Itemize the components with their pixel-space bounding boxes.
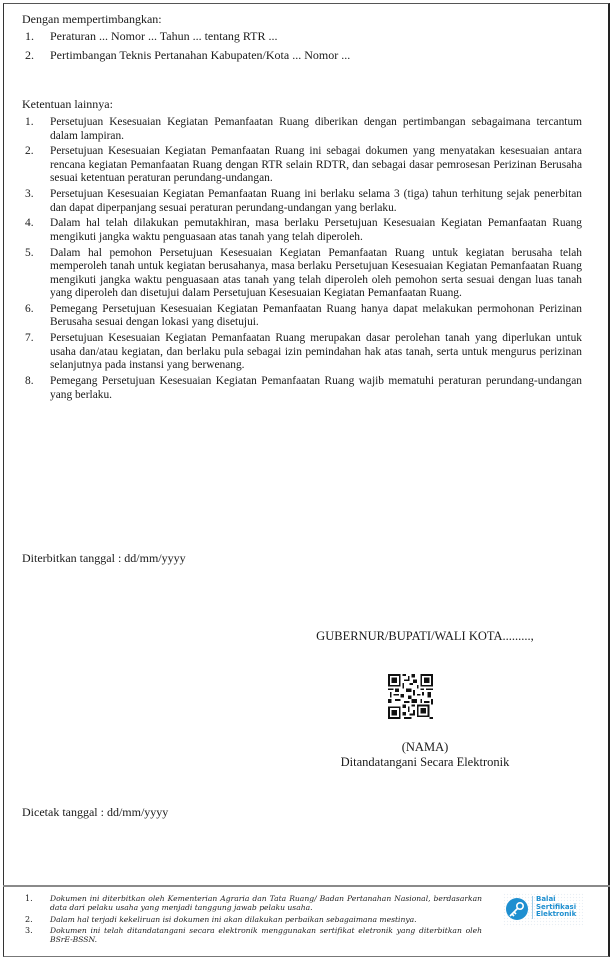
list-item: 5.Dalam hal pemohon Persetujuan Kesesuai… — [22, 247, 582, 301]
footnote-item: 3.Dokumen ini telah ditandatangani secar… — [22, 926, 482, 944]
list-item: 2.Pertimbangan Teknis Pertanahan Kabupat… — [22, 47, 582, 64]
considerations-heading: Dengan mempertimbangkan: — [22, 12, 162, 27]
footnote-item: 2.Dalam hal terjadi kekeliruan isi dokum… — [22, 915, 482, 924]
bsre-key-icon — [505, 897, 529, 921]
provisions-heading: Ketentuan lainnya: — [22, 97, 113, 112]
list-item: 8.Pemegang Persetujuan Kesesuaian Kegiat… — [22, 375, 582, 402]
list-item: 7.Persetujuan Kesesuaian Kegiatan Pemanf… — [22, 332, 582, 373]
list-item: 1.Peraturan ... Nomor ... Tahun ... tent… — [22, 28, 582, 45]
considerations-list: 1.Peraturan ... Nomor ... Tahun ... tent… — [22, 28, 582, 67]
list-item: 2.Persetujuan Kesesuaian Kegiatan Pemanf… — [22, 145, 582, 186]
footnote-item: 1.Dokumen ini diterbitkan oleh Kementeri… — [22, 894, 482, 912]
bsre-logo-text: Balai Sertifikasi Elektronik — [532, 896, 576, 919]
signed-electronically-note: Ditandatangani Secara Elektronik — [280, 755, 570, 770]
issued-date: Diterbitkan tanggal : dd/mm/yyyy — [22, 551, 186, 566]
bsre-logo: Balai Sertifikasi Elektronik — [503, 893, 583, 927]
list-item: 4.Dalam hal telah dilakukan pemutakhiran… — [22, 217, 582, 244]
signatory-name: (NAMA) — [280, 740, 570, 755]
footer-divider — [3, 885, 610, 887]
printed-date: Dicetak tanggal : dd/mm/yyyy — [22, 805, 168, 820]
provisions-list: 1.Persetujuan Kesesuaian Kegiatan Pemanf… — [22, 116, 582, 404]
qr-code-icon — [388, 674, 433, 719]
signatory-office: GUBERNUR/BUPATI/WALI KOTA........., — [280, 629, 570, 644]
footnotes: 1.Dokumen ini diterbitkan oleh Kementeri… — [22, 894, 482, 947]
list-item: 1.Persetujuan Kesesuaian Kegiatan Pemanf… — [22, 116, 582, 143]
list-item: 3.Persetujuan Kesesuaian Kegiatan Pemanf… — [22, 188, 582, 215]
list-item: 6.Pemegang Persetujuan Kesesuaian Kegiat… — [22, 303, 582, 330]
